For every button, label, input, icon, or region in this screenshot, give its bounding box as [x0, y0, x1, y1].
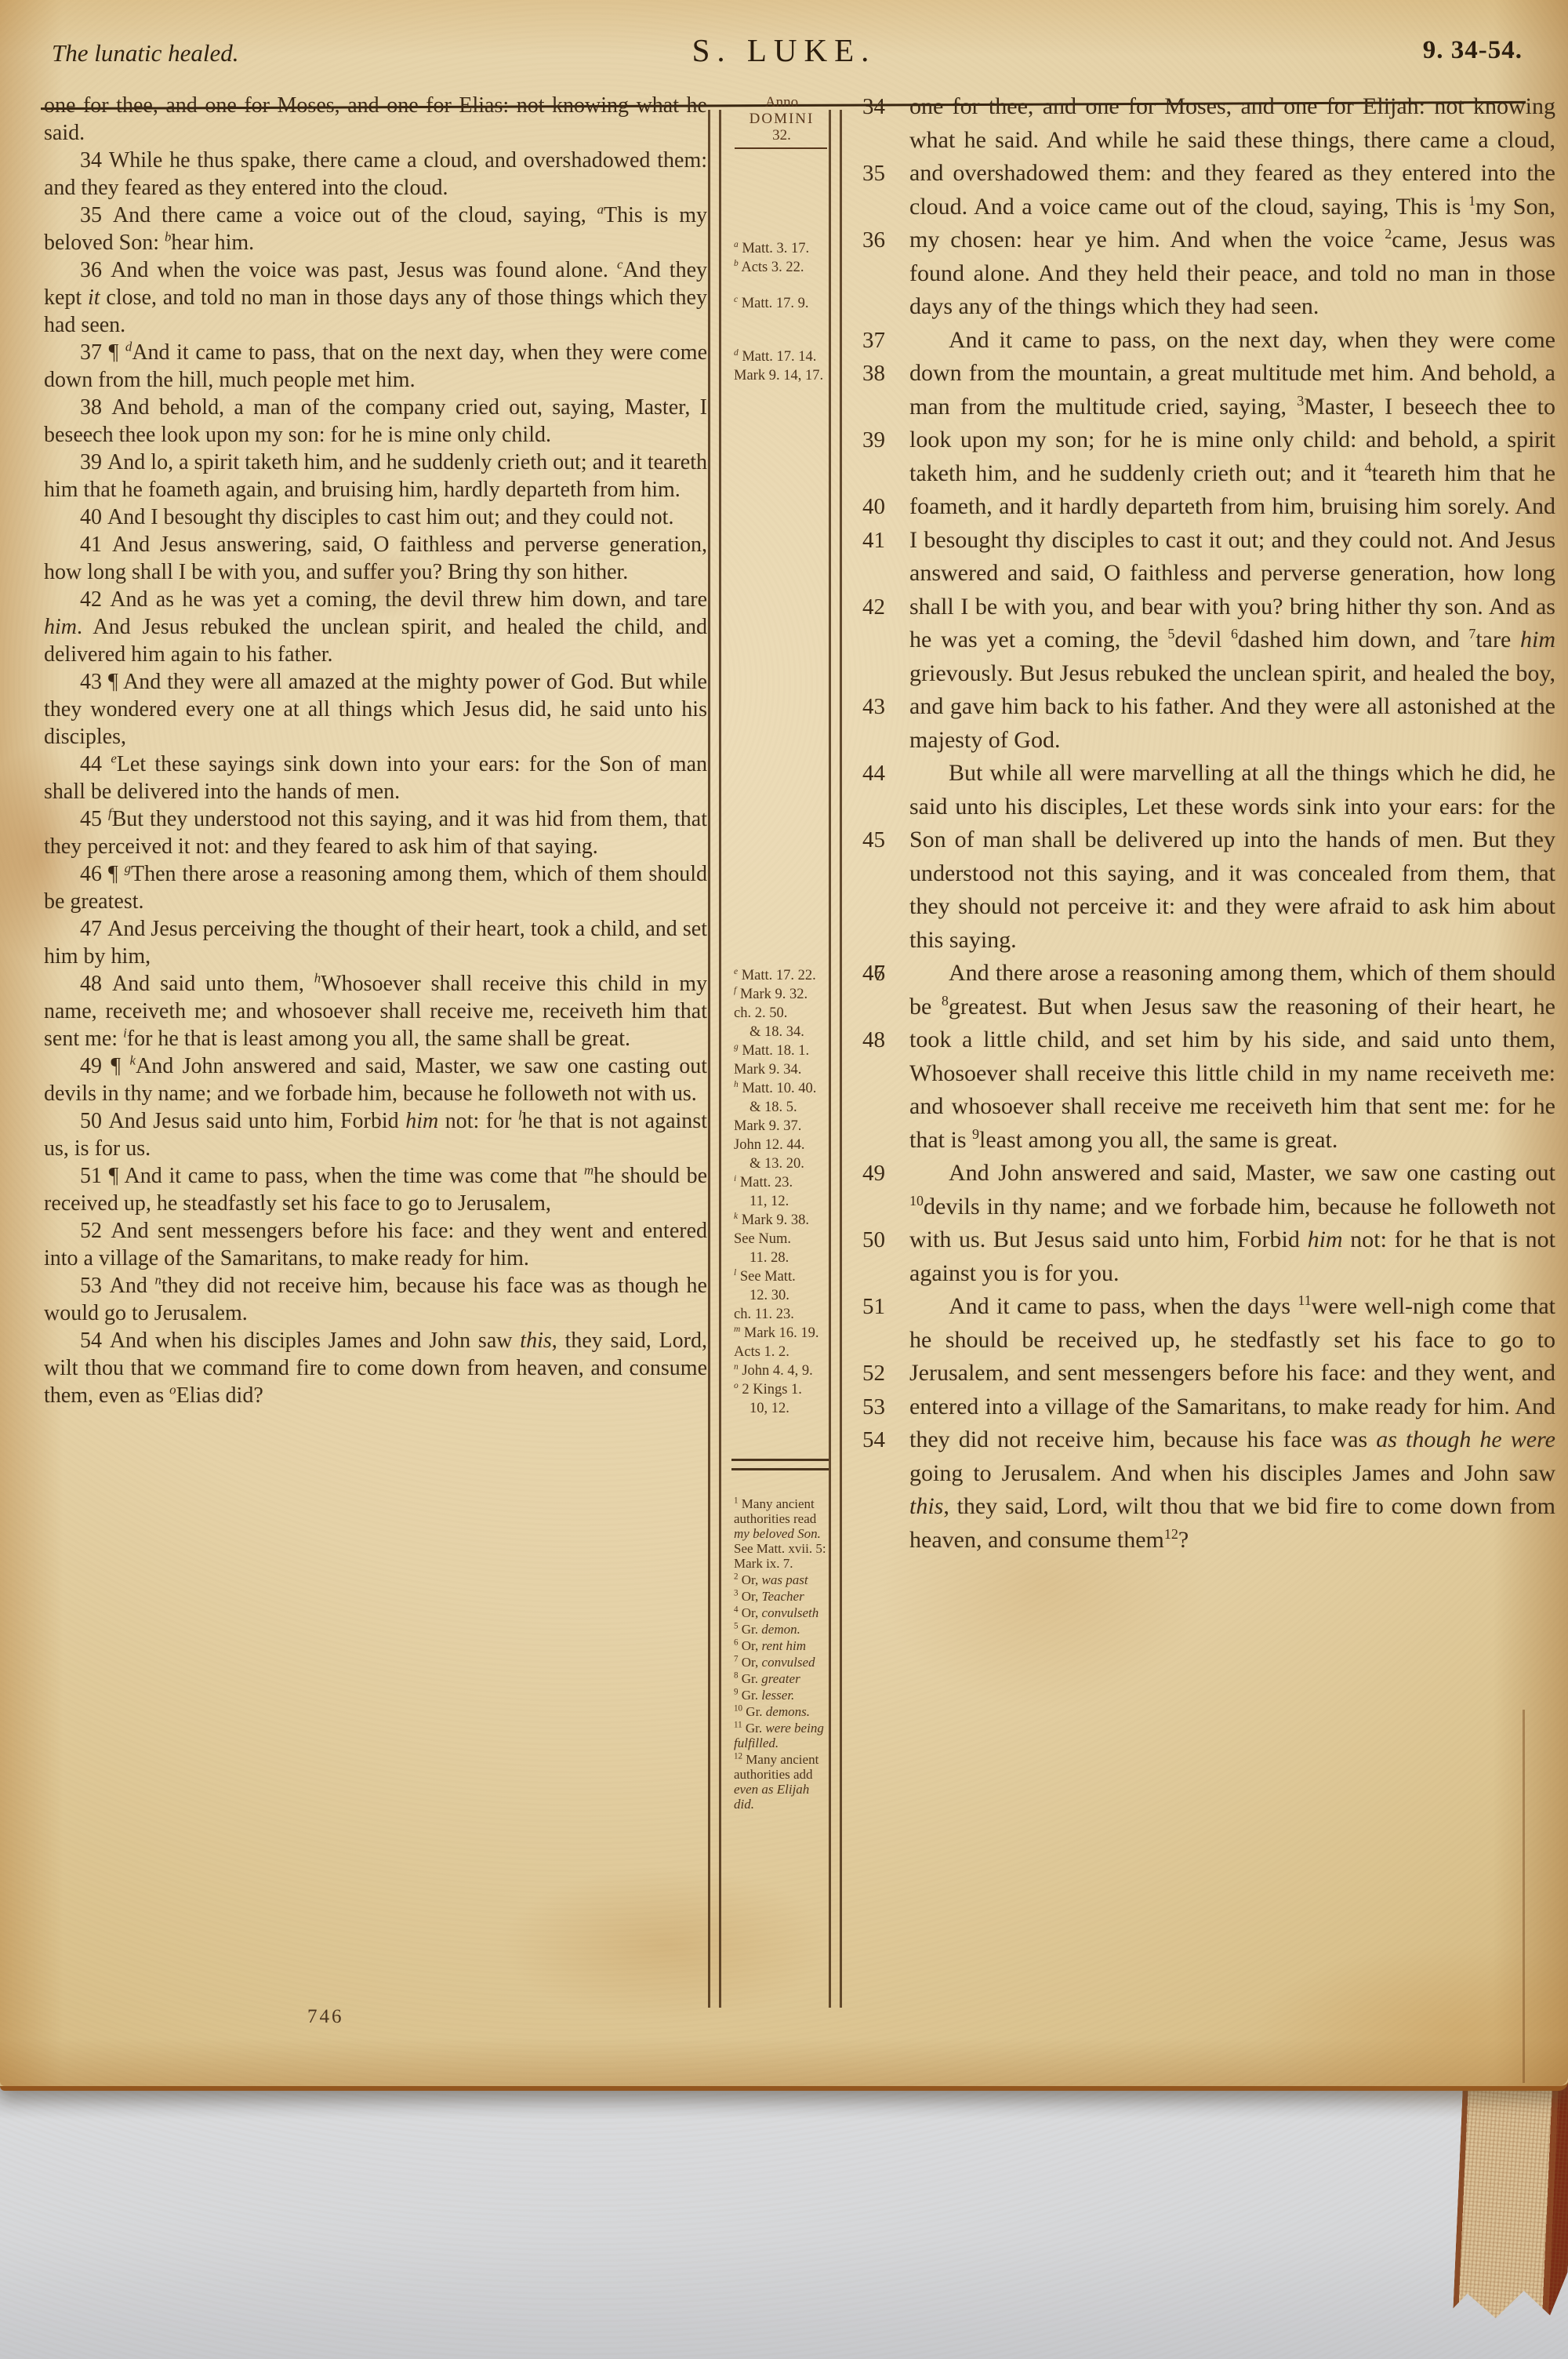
bible-page: The lunatic healed. S. LUKE. 9. 34-54. o…: [0, 0, 1568, 2091]
cross-reference: k Mark 9. 38.: [734, 1211, 831, 1230]
cross-reference: ch. 2. 50.: [734, 1004, 831, 1023]
superscript-marker: d: [734, 348, 739, 358]
rv-note: 5 Gr. demon.: [734, 1622, 831, 1637]
cross-reference: l See Matt.: [734, 1267, 831, 1286]
center-notes-column: Anno DOMINI 32. a Matt. 3. 17.b Acts 3. …: [731, 0, 832, 2086]
verse-number: 35: [862, 157, 906, 191]
kjv-verse: 36 And when the voice was past, Jesus wa…: [44, 256, 707, 339]
verse-number: 50: [862, 1223, 906, 1257]
verse-number: 38: [80, 395, 102, 420]
superscript-marker: a: [734, 240, 739, 249]
cross-reference: a Matt. 3. 17.: [734, 240, 831, 259]
cross-reference: o 2 Kings 1.: [734, 1380, 831, 1399]
verse-number: 39: [862, 423, 906, 457]
verse-number: 40: [862, 490, 906, 524]
superscript-marker: i: [123, 1026, 127, 1041]
superscript-marker: o: [169, 1383, 176, 1398]
superscript-marker: d: [125, 340, 132, 354]
verse-number: 53: [80, 1274, 102, 1298]
verse-number: 38: [862, 357, 906, 391]
superscript-marker: 4: [1365, 460, 1372, 475]
cross-reference: John 12. 44.: [734, 1136, 831, 1154]
superscript-marker: 7: [1468, 626, 1475, 642]
rv-paragraph: 51And it came to pass, when the days 11w…: [861, 1290, 1555, 1557]
superscript-marker: 7: [734, 1654, 739, 1663]
rv-paragraph: one for thee, and one for Moses, and one…: [861, 90, 1555, 324]
verse-number: 36: [862, 224, 906, 257]
superscript-marker: g: [125, 861, 131, 876]
rv-note: 11 Gr. were being fulfilled.: [734, 1721, 831, 1750]
verse-number: 42: [80, 587, 102, 612]
kjv-verse: 42 And as he was yet a coming, the devil…: [44, 586, 707, 668]
anno-line2: DOMINI: [731, 111, 832, 127]
photo-of-book-page: The lunatic healed. S. LUKE. 9. 34-54. o…: [0, 0, 1568, 2359]
superscript-marker: a: [597, 202, 604, 217]
rv-note: 6 Or, rent him: [734, 1638, 831, 1653]
superscript-marker: m: [734, 1325, 740, 1334]
superscript-marker: k: [734, 1212, 738, 1221]
verse-number: 34: [862, 90, 906, 124]
cross-reference: f Mark 9. 32.: [734, 985, 831, 1004]
notes-divider-rule: [731, 1459, 829, 1470]
kjv-verse: 40 And I besought thy disciples to cast …: [44, 503, 707, 531]
cross-reference: 11. 28.: [734, 1249, 831, 1267]
superscript-marker: h: [734, 1080, 739, 1089]
verse-number: 39: [80, 450, 102, 474]
verse-number: 54: [862, 1423, 906, 1457]
kjv-verse: 54 And when his disciples James and John…: [44, 1327, 707, 1409]
verse-number: 37: [80, 340, 102, 365]
superscript-marker: b: [734, 258, 739, 267]
superscript-marker: 3: [734, 1588, 739, 1598]
superscript-marker: 1: [1468, 193, 1475, 209]
superscript-marker: c: [617, 257, 622, 272]
cloth-bookmark: [1453, 2060, 1568, 2324]
superscript-marker: 10: [734, 1703, 742, 1713]
anno-line3: 32.: [731, 127, 832, 144]
verse-number: 51: [862, 1290, 906, 1324]
verse-number: 44: [80, 752, 102, 776]
cross-reference: 11, 12.: [734, 1192, 831, 1211]
verse-number: 35: [80, 203, 102, 227]
superscript-marker: 10: [909, 1193, 924, 1209]
kjv-verse: 39 And lo, a spirit taketh him, and he s…: [44, 449, 707, 503]
kjv-verse: 51 ¶ And it came to pass, when the time …: [44, 1162, 707, 1217]
kjv-verse: one for thee, and one for Moses, and one…: [44, 92, 707, 147]
cross-reference: i Matt. 23.: [734, 1173, 831, 1192]
superscript-marker: c: [734, 295, 738, 304]
superscript-marker: 1: [734, 1496, 739, 1505]
superscript-marker: f: [108, 806, 112, 821]
cross-reference: b Acts 3. 22.: [734, 259, 831, 278]
kjv-verse: 45 fBut they understood not this saying,…: [44, 805, 707, 860]
kjv-verse: 37 ¶ dAnd it came to pass, that on the n…: [44, 339, 707, 394]
superscript-marker: e: [734, 967, 738, 976]
anno-rule: [735, 147, 827, 149]
cross-refs-group-c: d Matt. 17. 14.Mark 9. 14, 17.: [734, 348, 831, 385]
kjv-verse: 52 And sent messengers before his face: …: [44, 1217, 707, 1272]
kjv-verse: 34 While he thus spake, there came a clo…: [44, 147, 707, 202]
kjv-verse: 43 ¶ And they were all amazed at the mig…: [44, 668, 707, 751]
verse-number: 49: [862, 1157, 906, 1190]
verse-number: 37: [862, 324, 906, 358]
verse-number: 51: [80, 1164, 102, 1188]
verse-number: 34: [80, 148, 102, 173]
rv-paragraph: 37And it came to pass, on the next day, …: [861, 324, 1555, 758]
superscript-marker: 11: [1298, 1292, 1311, 1308]
verse-number: 41: [80, 533, 102, 557]
kjv-verse: 35 And there came a voice out of the clo…: [44, 202, 707, 256]
superscript-marker: h: [314, 971, 321, 986]
verse-number: 45: [862, 823, 906, 857]
kjv-verse: 48 And said unto them, hWhosoever shall …: [44, 970, 707, 1052]
cross-reference: m Mark 16. 19.: [734, 1324, 831, 1343]
superscript-marker: 9: [734, 1687, 739, 1696]
cross-reference: 12. 30.: [734, 1286, 831, 1305]
verse-number: 52: [862, 1357, 906, 1390]
verse-number: 41: [862, 524, 906, 558]
cross-reference: d Matt. 17. 14.: [734, 348, 831, 367]
rv-note: 9 Gr. lesser.: [734, 1688, 831, 1703]
kjv-verse: 47 And Jesus perceiving the thought of t…: [44, 915, 707, 970]
cross-refs-group-a: a Matt. 3. 17.b Acts 3. 22.: [734, 240, 831, 277]
rv-note: 10 Gr. demons.: [734, 1704, 831, 1719]
verse-number: 48: [80, 972, 102, 996]
verse-number: 52: [80, 1219, 102, 1243]
cross-reference: Acts 1. 2.: [734, 1343, 831, 1361]
superscript-marker: 4: [734, 1605, 739, 1614]
rv-note: 2 Or, was past: [734, 1572, 831, 1587]
page-number: 746: [307, 2006, 344, 2028]
superscript-marker: g: [734, 1042, 739, 1052]
column-divider-left: [708, 110, 721, 2008]
superscript-marker: l: [734, 1268, 736, 1278]
verse-number: 47: [862, 957, 906, 990]
page-edge-line: [1523, 1710, 1525, 2083]
kjv-verse: 49 ¶ kAnd John answered and said, Master…: [44, 1052, 707, 1107]
cross-reference: Mark 9. 14, 17.: [734, 367, 831, 386]
kjv-verse: 53 And nthey did not receive him, becaus…: [44, 1272, 707, 1327]
superscript-marker: n: [734, 1362, 739, 1372]
verse-number: 44: [862, 757, 906, 791]
cross-reference: g Matt. 18. 1.: [734, 1041, 831, 1060]
rv-note: 1 Many ancient authorities read my be­lo…: [734, 1496, 831, 1571]
superscript-marker: 5: [1167, 626, 1174, 642]
verse-number: 47: [80, 917, 102, 941]
superscript-marker: 2: [1385, 226, 1392, 242]
rv-paragraph: 46And there arose a reasoning among them…: [861, 957, 1555, 1157]
cross-reference: e Matt. 17. 22.: [734, 966, 831, 985]
superscript-marker: 6: [734, 1637, 739, 1647]
superscript-marker: k: [130, 1053, 136, 1068]
rv-text-column: one for thee, and one for Moses, and one…: [861, 90, 1555, 1557]
verse-number: 36: [80, 258, 102, 282]
verse-number: 48: [862, 1023, 906, 1057]
kjv-verse: 44 eLet these sayings sink down into you…: [44, 751, 707, 805]
superscript-marker: 2: [734, 1572, 739, 1581]
cross-refs-group-main: e Matt. 17. 22.f Mark 9. 32.ch. 2. 50.& …: [734, 966, 831, 1418]
superscript-marker: 5: [734, 1621, 739, 1630]
cross-reference: n John 4. 4, 9.: [734, 1361, 831, 1380]
verse-number: 40: [80, 505, 102, 529]
rv-note: 7 Or, convulsed: [734, 1655, 831, 1670]
rv-note: 3 Or, Teacher: [734, 1589, 831, 1604]
verse-number: 49: [80, 1054, 102, 1078]
verse-number: 42: [862, 591, 906, 624]
cross-reference: Mark 9. 34.: [734, 1060, 831, 1079]
cross-reference: c Matt. 17. 9.: [734, 295, 831, 314]
superscript-marker: 8: [734, 1670, 739, 1680]
kjv-verse: 50 And Jesus said unto him, Forbid him n…: [44, 1107, 707, 1162]
verse-number: 43: [862, 690, 906, 724]
kjv-verse: 41 And Jesus answering, said, O faithles…: [44, 531, 707, 586]
superscript-marker: 9: [972, 1126, 979, 1142]
running-head-verse-range: 9. 34-54.: [1423, 36, 1523, 65]
superscript-marker: 11: [734, 1720, 742, 1729]
cross-reference: & 18. 34.: [734, 1023, 831, 1041]
kjv-verse: 38 And behold, a man of the company crie…: [44, 394, 707, 449]
superscript-marker: 8: [942, 993, 949, 1009]
superscript-marker: e: [111, 751, 116, 766]
cross-refs-group-b: c Matt. 17. 9.: [734, 295, 831, 314]
cross-reference: 10, 12.: [734, 1399, 831, 1418]
superscript-marker: o: [734, 1381, 739, 1390]
cross-reference: h Matt. 10. 40.: [734, 1079, 831, 1098]
rv-paragraph: 49And John answered and said, Master, we…: [861, 1157, 1555, 1290]
verse-number: 45: [80, 807, 102, 831]
superscript-marker: f: [734, 986, 736, 995]
cross-reference: & 13. 20.: [734, 1154, 831, 1173]
superscript-marker: 12: [1164, 1526, 1178, 1542]
rv-margin-notes: 1 Many ancient authorities read my be­lo…: [734, 1496, 831, 1813]
superscript-marker: i: [734, 1174, 736, 1183]
kjv-text-column: one for thee, and one for Moses, and one…: [44, 92, 707, 1409]
anno-domini-label: Anno DOMINI 32.: [731, 94, 832, 144]
rv-note: 8 Gr. greater: [734, 1671, 831, 1686]
cross-reference: & 18. 5.: [734, 1098, 831, 1117]
cross-reference: See Num.: [734, 1230, 831, 1249]
cross-reference: Mark 9. 37.: [734, 1117, 831, 1136]
superscript-marker: n: [155, 1273, 162, 1288]
superscript-marker: 12: [734, 1751, 742, 1761]
anno-line1: Anno: [731, 94, 832, 111]
superscript-marker: b: [165, 230, 171, 245]
superscript-marker: l: [518, 1108, 522, 1123]
superscript-marker: 3: [1297, 393, 1304, 409]
verse-number: 43: [80, 670, 102, 694]
verse-number: 54: [80, 1329, 102, 1353]
verse-number: 50: [80, 1109, 102, 1133]
verse-number: 53: [862, 1390, 906, 1424]
kjv-verse: 46 ¶ gThen there arose a reasoning among…: [44, 860, 707, 915]
verse-number: 46: [80, 862, 102, 886]
rv-note: 12 Many ancient au­thorities add even as…: [734, 1752, 831, 1812]
superscript-marker: 6: [1231, 626, 1238, 642]
rv-note: 4 Or, convulseth: [734, 1605, 831, 1620]
table-surface: [0, 2080, 1568, 2359]
rv-paragraph: But while all were marvelling at all the…: [861, 757, 1555, 957]
cross-reference: ch. 11. 23.: [734, 1305, 831, 1324]
superscript-marker: m: [584, 1163, 593, 1178]
